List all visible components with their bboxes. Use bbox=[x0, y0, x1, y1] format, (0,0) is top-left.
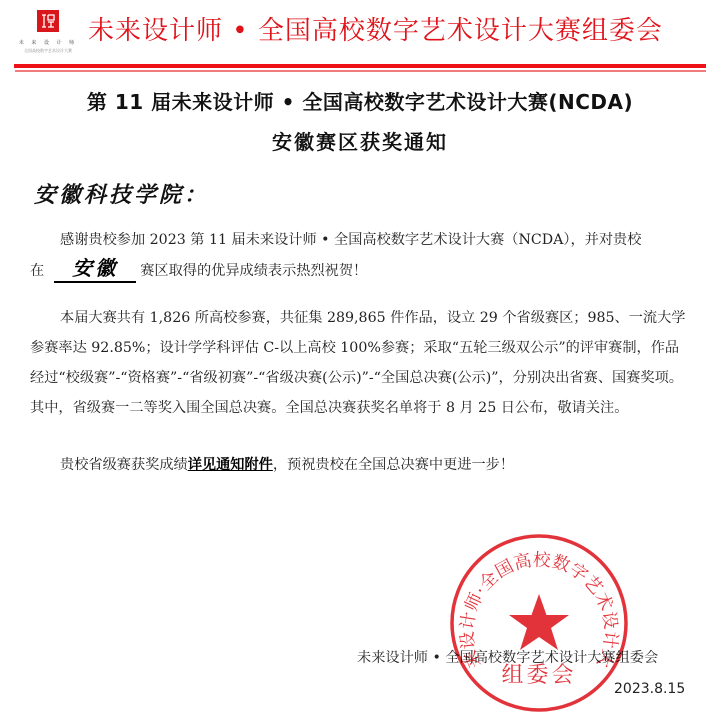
paragraph1-suffix: 赛区取得的优异成绩表示热烈祝贺！ bbox=[140, 263, 367, 279]
document-title: 第 11 届未来设计师 • 全国高校数字艺术设计大赛(NCDA) bbox=[0, 86, 720, 115]
paragraph2-text: 本届大赛共有 1,826 所高校参赛，共征集 289,865 件作品，设立 29… bbox=[30, 310, 685, 416]
document-subtitle: 安徽赛区获奖通知 bbox=[0, 126, 720, 155]
letterhead: 未 来 设 计 师 全国高校数字艺术设计大赛 未来设计师 • 全国高校数字艺术设… bbox=[0, 0, 720, 82]
paragraph3-before: 贵校省级赛获奖成绩 bbox=[60, 457, 188, 473]
logo-subtitle: 全国高校数字艺术设计大赛 bbox=[16, 48, 80, 54]
paragraph-attachment-note: 贵校省级赛获奖成绩详见通知附件，预祝贵校在全国总决赛中更进一步！ bbox=[30, 450, 690, 480]
paragraph-congratulations: 感谢贵校参加 2023 第 11 届未来设计师 • 全国高校数字艺术设计大赛（N… bbox=[30, 225, 690, 286]
paragraph1-line2: 在安徽赛区取得的优异成绩表示热烈祝贺！ bbox=[30, 255, 690, 286]
salutation: 安徽科技学院： bbox=[34, 178, 209, 209]
region-name-field: 安徽 bbox=[54, 255, 136, 283]
seal-ring-text: 未来设计师·全国高校数字艺术设计大赛 bbox=[448, 532, 620, 671]
ncda-logo: 未 来 设 计 师 全国高校数字艺术设计大赛 bbox=[16, 8, 80, 58]
star-icon bbox=[509, 594, 569, 650]
header-divider-thick bbox=[14, 64, 706, 68]
letterhead-title: 未来设计师 • 全国高校数字艺术设计大赛组委会 bbox=[88, 10, 663, 47]
paragraph1-prefix: 在 bbox=[30, 263, 44, 279]
paragraph3-after: ，预祝贵校在全国总决赛中更进一步！ bbox=[273, 457, 514, 473]
logo-name: 未 来 设 计 师 bbox=[16, 39, 80, 46]
attachment-link[interactable]: 详见通知附件 bbox=[188, 457, 273, 473]
header-divider-thin bbox=[15, 70, 706, 72]
ncda-logo-icon bbox=[37, 10, 59, 32]
seal-center-text: 组委会 bbox=[501, 663, 576, 688]
paragraph-competition-stats: 本届大赛共有 1,826 所高校参赛，共征集 289,865 件作品，设立 29… bbox=[30, 303, 690, 423]
paragraph1-line1: 感谢贵校参加 2023 第 11 届未来设计师 • 全国高校数字艺术设计大赛（N… bbox=[60, 232, 641, 248]
official-seal: 未来设计师·全国高校数字艺术设计大赛 组委会 bbox=[448, 532, 630, 714]
